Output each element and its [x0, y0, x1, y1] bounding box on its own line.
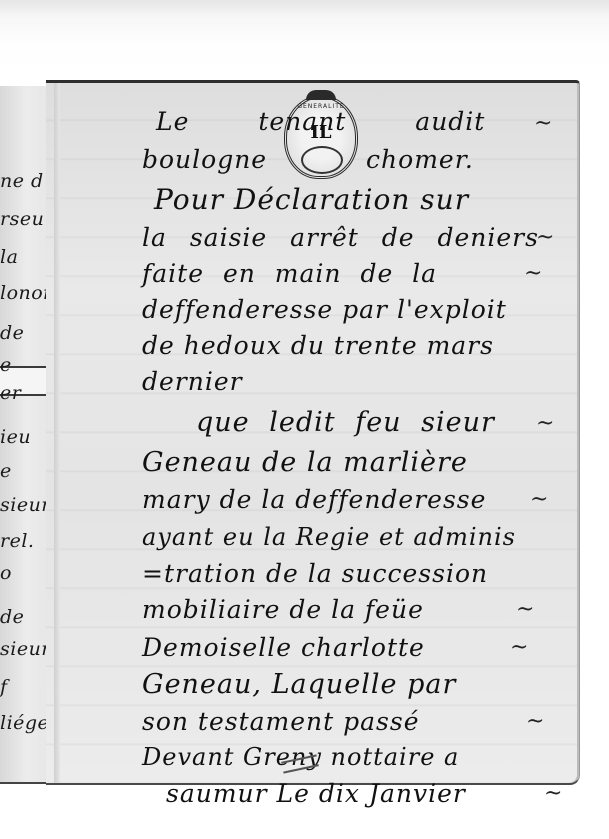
crown-icon [306, 90, 336, 100]
manuscript-line: Demoiselle charlotte [142, 633, 425, 662]
manuscript-line: ayant eu la Regie et adminis [142, 523, 516, 551]
manuscript-line: de hedoux du trente mars [142, 331, 494, 360]
left-fragment: ieu [0, 426, 31, 448]
line-filler-flourish: ~ [510, 635, 528, 660]
left-fragment: lonoi [0, 282, 50, 304]
line-filler-flourish: ~ [516, 597, 534, 622]
manuscript-line: saumur Le dix Janvier [166, 779, 466, 808]
line-filler-flourish: ~ [534, 111, 552, 136]
manuscript-page: GENERALITE IL Le tenant audit ~ boulogne… [46, 80, 580, 785]
left-fragment: f [0, 676, 8, 698]
manuscript-line: son testament passé [142, 707, 420, 736]
left-fragment: rel. [0, 530, 34, 552]
manuscript-line: Geneau, Laquelle par [142, 669, 456, 700]
left-fragment: ne d [0, 170, 44, 192]
manuscript-line: =tration de la succession [142, 559, 488, 588]
manuscript-line: mobiliaire de la feüe [142, 595, 424, 624]
line-filler-flourish: ~ [524, 261, 542, 286]
manuscript-line: la saisie arrêt de deniers [142, 223, 539, 252]
manuscript-line: deffenderesse par l'exploit [142, 295, 507, 324]
left-fragment: sieur [0, 494, 51, 516]
line-filler-flourish: ~ [530, 487, 548, 512]
line-filler-flourish: ~ [526, 709, 544, 734]
manuscript-line: Geneau de la marlière [142, 447, 468, 478]
manuscript-line: Le tenant audit [156, 107, 485, 136]
left-fragment: rseu [0, 208, 44, 230]
scanned-document: ne d rseu la lonoi de e er ieu e sieur r… [0, 0, 609, 839]
manuscript-line: faite en main de la [142, 259, 437, 288]
left-fragment: de [0, 322, 24, 344]
left-fragment: e [0, 460, 12, 482]
left-fragment: o [0, 562, 12, 584]
left-fragment: er [0, 382, 21, 404]
line-filler-flourish: ~ [536, 225, 554, 250]
left-fragment: de [0, 606, 24, 628]
page-edge-shadow [54, 83, 60, 783]
left-fragment: la [0, 246, 18, 268]
manuscript-line: dernier [142, 367, 243, 396]
manuscript-line: que ledit feu sieur [196, 407, 495, 438]
left-fragment: e [0, 354, 12, 376]
manuscript-line: Pour Déclaration sur [154, 183, 469, 216]
manuscript-line: boulogne chomer. [142, 145, 474, 174]
manuscript-line: mary de la deffenderesse [142, 485, 486, 514]
line-filler-flourish: ~ [544, 781, 562, 806]
line-filler-flourish: ~ [536, 411, 554, 436]
left-fragment: liége [0, 712, 49, 734]
